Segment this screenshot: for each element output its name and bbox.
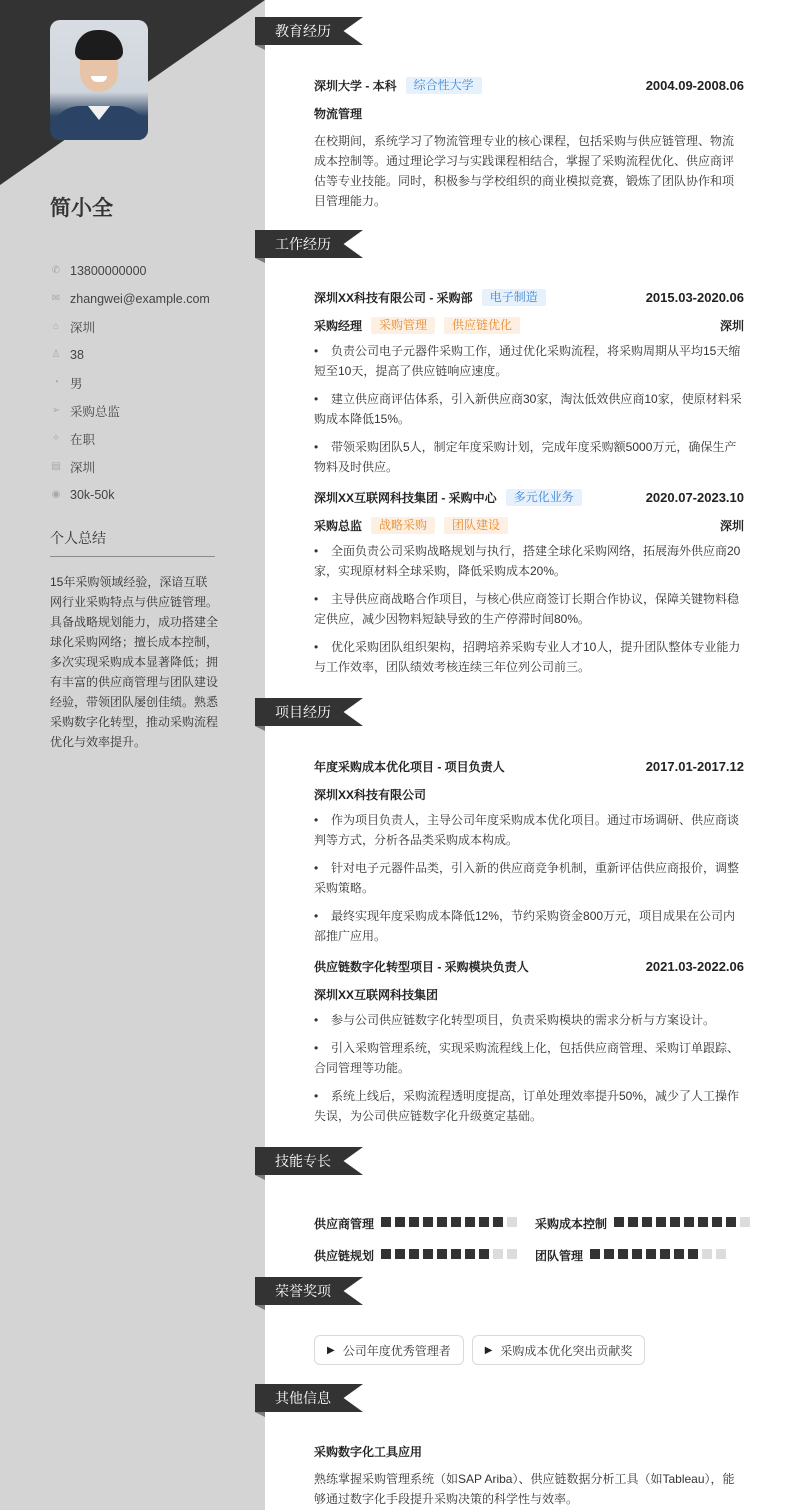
project-name: 供应链数字化转型项目 - 采购模块负责人 bbox=[314, 958, 529, 975]
award-item: ▶ 公司年度优秀管理者 bbox=[314, 1335, 464, 1365]
summary-title: 个人总结 bbox=[50, 528, 215, 557]
email-icon: ✉ bbox=[50, 293, 62, 305]
section-title: 项目经历 bbox=[275, 698, 331, 726]
education-entry: 深圳大学 - 本科 综合性大学 2004.09-2008.06 物流管理 在校期… bbox=[314, 75, 744, 211]
project-date: 2021.03-2022.06 bbox=[646, 959, 744, 974]
other-desc: 熟练掌握采购管理系统（如SAP Ariba）、供应链数据分析工具（如Tablea… bbox=[314, 1469, 744, 1509]
skill-level-bar bbox=[381, 1248, 521, 1262]
phone-icon: ✆ bbox=[50, 265, 62, 277]
work-entry: 深圳XX科技有限公司 - 采购部 电子制造 2015.03-2020.06 采购… bbox=[314, 287, 744, 485]
contact-value: 在职 bbox=[70, 430, 95, 448]
contact-salary: ◉ 30k-50k bbox=[50, 481, 210, 509]
section-header-skills: 技能专长 bbox=[255, 1147, 363, 1175]
gender-icon: ◔ bbox=[50, 377, 62, 389]
contact-value: 男 bbox=[70, 374, 83, 392]
school-name: 深圳大学 - 本科 bbox=[314, 77, 397, 94]
section-title: 教育经历 bbox=[275, 17, 331, 45]
list-item: •负责公司电子元器件采购工作，通过优化采购流程，将采购周期从平均15天缩短至10… bbox=[314, 341, 744, 381]
location-icon: ⌂ bbox=[50, 321, 62, 333]
skill-item: 供应商管理 bbox=[314, 1215, 535, 1232]
school-tag: 综合性大学 bbox=[406, 77, 482, 94]
skill-tag: 供应链优化 bbox=[444, 317, 520, 334]
contact-value: 深圳 bbox=[70, 318, 95, 336]
skill-level-bar bbox=[381, 1216, 521, 1230]
contact-gender: ◔ 男 bbox=[50, 369, 210, 397]
skill-item: 采购成本控制 bbox=[535, 1215, 754, 1232]
list-item: •全面负责公司采购战略规划与执行，搭建全球化采购网络，拓展海外供应商20家，实现… bbox=[314, 541, 744, 581]
age-icon: ♙ bbox=[50, 349, 62, 361]
work-date: 2015.03-2020.06 bbox=[646, 290, 744, 305]
contact-value: 38 bbox=[70, 348, 84, 362]
project-date: 2017.01-2017.12 bbox=[646, 759, 744, 774]
list-item: •参与公司供应链数字化转型项目，负责采购模块的需求分析与方案设计。 bbox=[314, 1010, 744, 1030]
industry-tag: 多元化业务 bbox=[506, 489, 582, 506]
other-title: 采购数字化工具应用 bbox=[314, 1443, 422, 1460]
skill-tag: 团队建设 bbox=[444, 517, 508, 534]
list-item: •引入采购管理系统，实现采购流程线上化，包括供应商管理、采购订单跟踪、合同管理等… bbox=[314, 1038, 744, 1078]
other-entry: 采购数字化工具应用 熟练掌握采购管理系统（如SAP Ariba）、供应链数据分析… bbox=[314, 1441, 744, 1509]
skill-item: 团队管理 bbox=[535, 1247, 730, 1264]
job-title: 采购总监 bbox=[314, 517, 362, 534]
list-item: •系统上线后，采购流程透明度提高，订单处理效率提升50%，减少了人工操作失误，为… bbox=[314, 1086, 744, 1126]
education-date: 2004.09-2008.06 bbox=[646, 78, 744, 93]
project-entry: 供应链数字化转型项目 - 采购模块负责人 2021.03-2022.06 深圳X… bbox=[314, 956, 744, 1134]
section-title: 其他信息 bbox=[275, 1384, 331, 1412]
skill-tag: 采购管理 bbox=[371, 317, 435, 334]
list-item: •最终实现年度采购成本降低12%，节约采购资金800万元，项目成果在公司内部推广… bbox=[314, 906, 744, 946]
position-icon: ➢ bbox=[50, 405, 62, 417]
list-item: •主导供应商战略合作项目，与核心供应商签订长期合作协议，保障关键物料稳定供应，减… bbox=[314, 589, 744, 629]
section-header-awards: 荣誉奖项 bbox=[255, 1277, 363, 1305]
section-title: 荣誉奖项 bbox=[275, 1277, 331, 1305]
section-header-work: 工作经历 bbox=[255, 230, 363, 258]
skill-level-bar bbox=[590, 1248, 730, 1262]
work-city: 深圳 bbox=[720, 517, 744, 534]
contact-age: ♙ 38 bbox=[50, 341, 210, 369]
job-title: 采购经理 bbox=[314, 317, 362, 334]
contact-position: ➢ 采购总监 bbox=[50, 397, 210, 425]
status-icon: ✧ bbox=[50, 433, 62, 445]
work-entry: 深圳XX互联网科技集团 - 采购中心 多元化业务 2020.07-2023.10… bbox=[314, 487, 744, 685]
contact-email: ✉ zhangwei@example.com bbox=[50, 285, 210, 313]
list-item: •建立供应商评估体系，引入新供应商30家，淘汰低效供应商10家，使原材料采购成本… bbox=[314, 389, 744, 429]
contact-value: zhangwei@example.com bbox=[70, 292, 210, 306]
section-header-projects: 项目经历 bbox=[255, 698, 363, 726]
education-desc: 在校期间，系统学习了物流管理专业的核心课程，包括采购与供应链管理、物流成本控制等… bbox=[314, 131, 744, 211]
skill-tag: 战略采购 bbox=[371, 517, 435, 534]
company-name: 深圳XX互联网科技集团 - 采购中心 bbox=[314, 489, 497, 506]
section-header-other: 其他信息 bbox=[255, 1384, 363, 1412]
contact-phone: ✆ 13800000000 bbox=[50, 257, 210, 285]
profile-name: 简小全 bbox=[50, 192, 113, 222]
list-item: •优化采购团队组织架构，招聘培养采购专业人才10人，提升团队整体专业能力与工作效… bbox=[314, 637, 744, 677]
list-item: •针对电子元器件品类，引入新的供应商竞争机制，重新评估供应商报价，调整采购策略。 bbox=[314, 858, 744, 898]
contact-value: 13800000000 bbox=[70, 264, 146, 278]
work-city: 深圳 bbox=[720, 317, 744, 334]
awards-list: ▶ 公司年度优秀管理者 ▶ 采购成本优化突出贡献奖 bbox=[314, 1335, 653, 1365]
project-entry: 年度采购成本优化项目 - 项目负责人 2017.01-2017.12 深圳XX科… bbox=[314, 756, 744, 954]
summary-text: 15年采购领域经验，深谙互联网行业采购特点与供应链管理。具备战略规划能力，成功搭… bbox=[50, 572, 218, 752]
contact-value: 30k-50k bbox=[70, 488, 114, 502]
project-company: 深圳XX科技有限公司 bbox=[314, 786, 426, 803]
contact-list: ✆ 13800000000 ✉ zhangwei@example.com ⌂ 深… bbox=[50, 257, 210, 509]
contact-status: ✧ 在职 bbox=[50, 425, 210, 453]
salary-icon: ◉ bbox=[50, 489, 62, 501]
play-triangle-icon: ▶ bbox=[327, 1345, 335, 1356]
industry-tag: 电子制造 bbox=[482, 289, 546, 306]
project-company: 深圳XX互联网科技集团 bbox=[314, 986, 438, 1003]
section-title: 工作经历 bbox=[275, 230, 331, 258]
section-header-education: 教育经历 bbox=[255, 17, 363, 45]
major: 物流管理 bbox=[314, 105, 362, 122]
play-triangle-icon: ▶ bbox=[485, 1345, 493, 1356]
contact-value: 深圳 bbox=[70, 458, 95, 476]
work-date: 2020.07-2023.10 bbox=[646, 490, 744, 505]
skills-grid: 供应商管理 采购成本控制 供应链规划 团队管理 bbox=[314, 1207, 754, 1271]
list-item: •带领采购团队5人，制定年度采购计划，完成年度采购额5000万元，确保生产物料及… bbox=[314, 437, 744, 477]
project-name: 年度采购成本优化项目 - 项目负责人 bbox=[314, 758, 505, 775]
sidebar: 简小全 ✆ 13800000000 ✉ zhangwei@example.com… bbox=[0, 0, 265, 1510]
contact-location: ⌂ 深圳 bbox=[50, 313, 210, 341]
section-title: 技能专长 bbox=[275, 1147, 331, 1175]
company-name: 深圳XX科技有限公司 - 采购部 bbox=[314, 289, 473, 306]
contact-city: ▤ 深圳 bbox=[50, 453, 210, 481]
award-item: ▶ 采购成本优化突出贡献奖 bbox=[472, 1335, 646, 1365]
skill-item: 供应链规划 bbox=[314, 1247, 535, 1264]
skill-level-bar bbox=[614, 1216, 754, 1230]
city-icon: ▤ bbox=[50, 461, 62, 473]
contact-value: 采购总监 bbox=[70, 402, 120, 420]
list-item: •作为项目负责人，主导公司年度采购成本优化项目。通过市场调研、供应商谈判等方式，… bbox=[314, 810, 744, 850]
avatar bbox=[50, 20, 148, 140]
